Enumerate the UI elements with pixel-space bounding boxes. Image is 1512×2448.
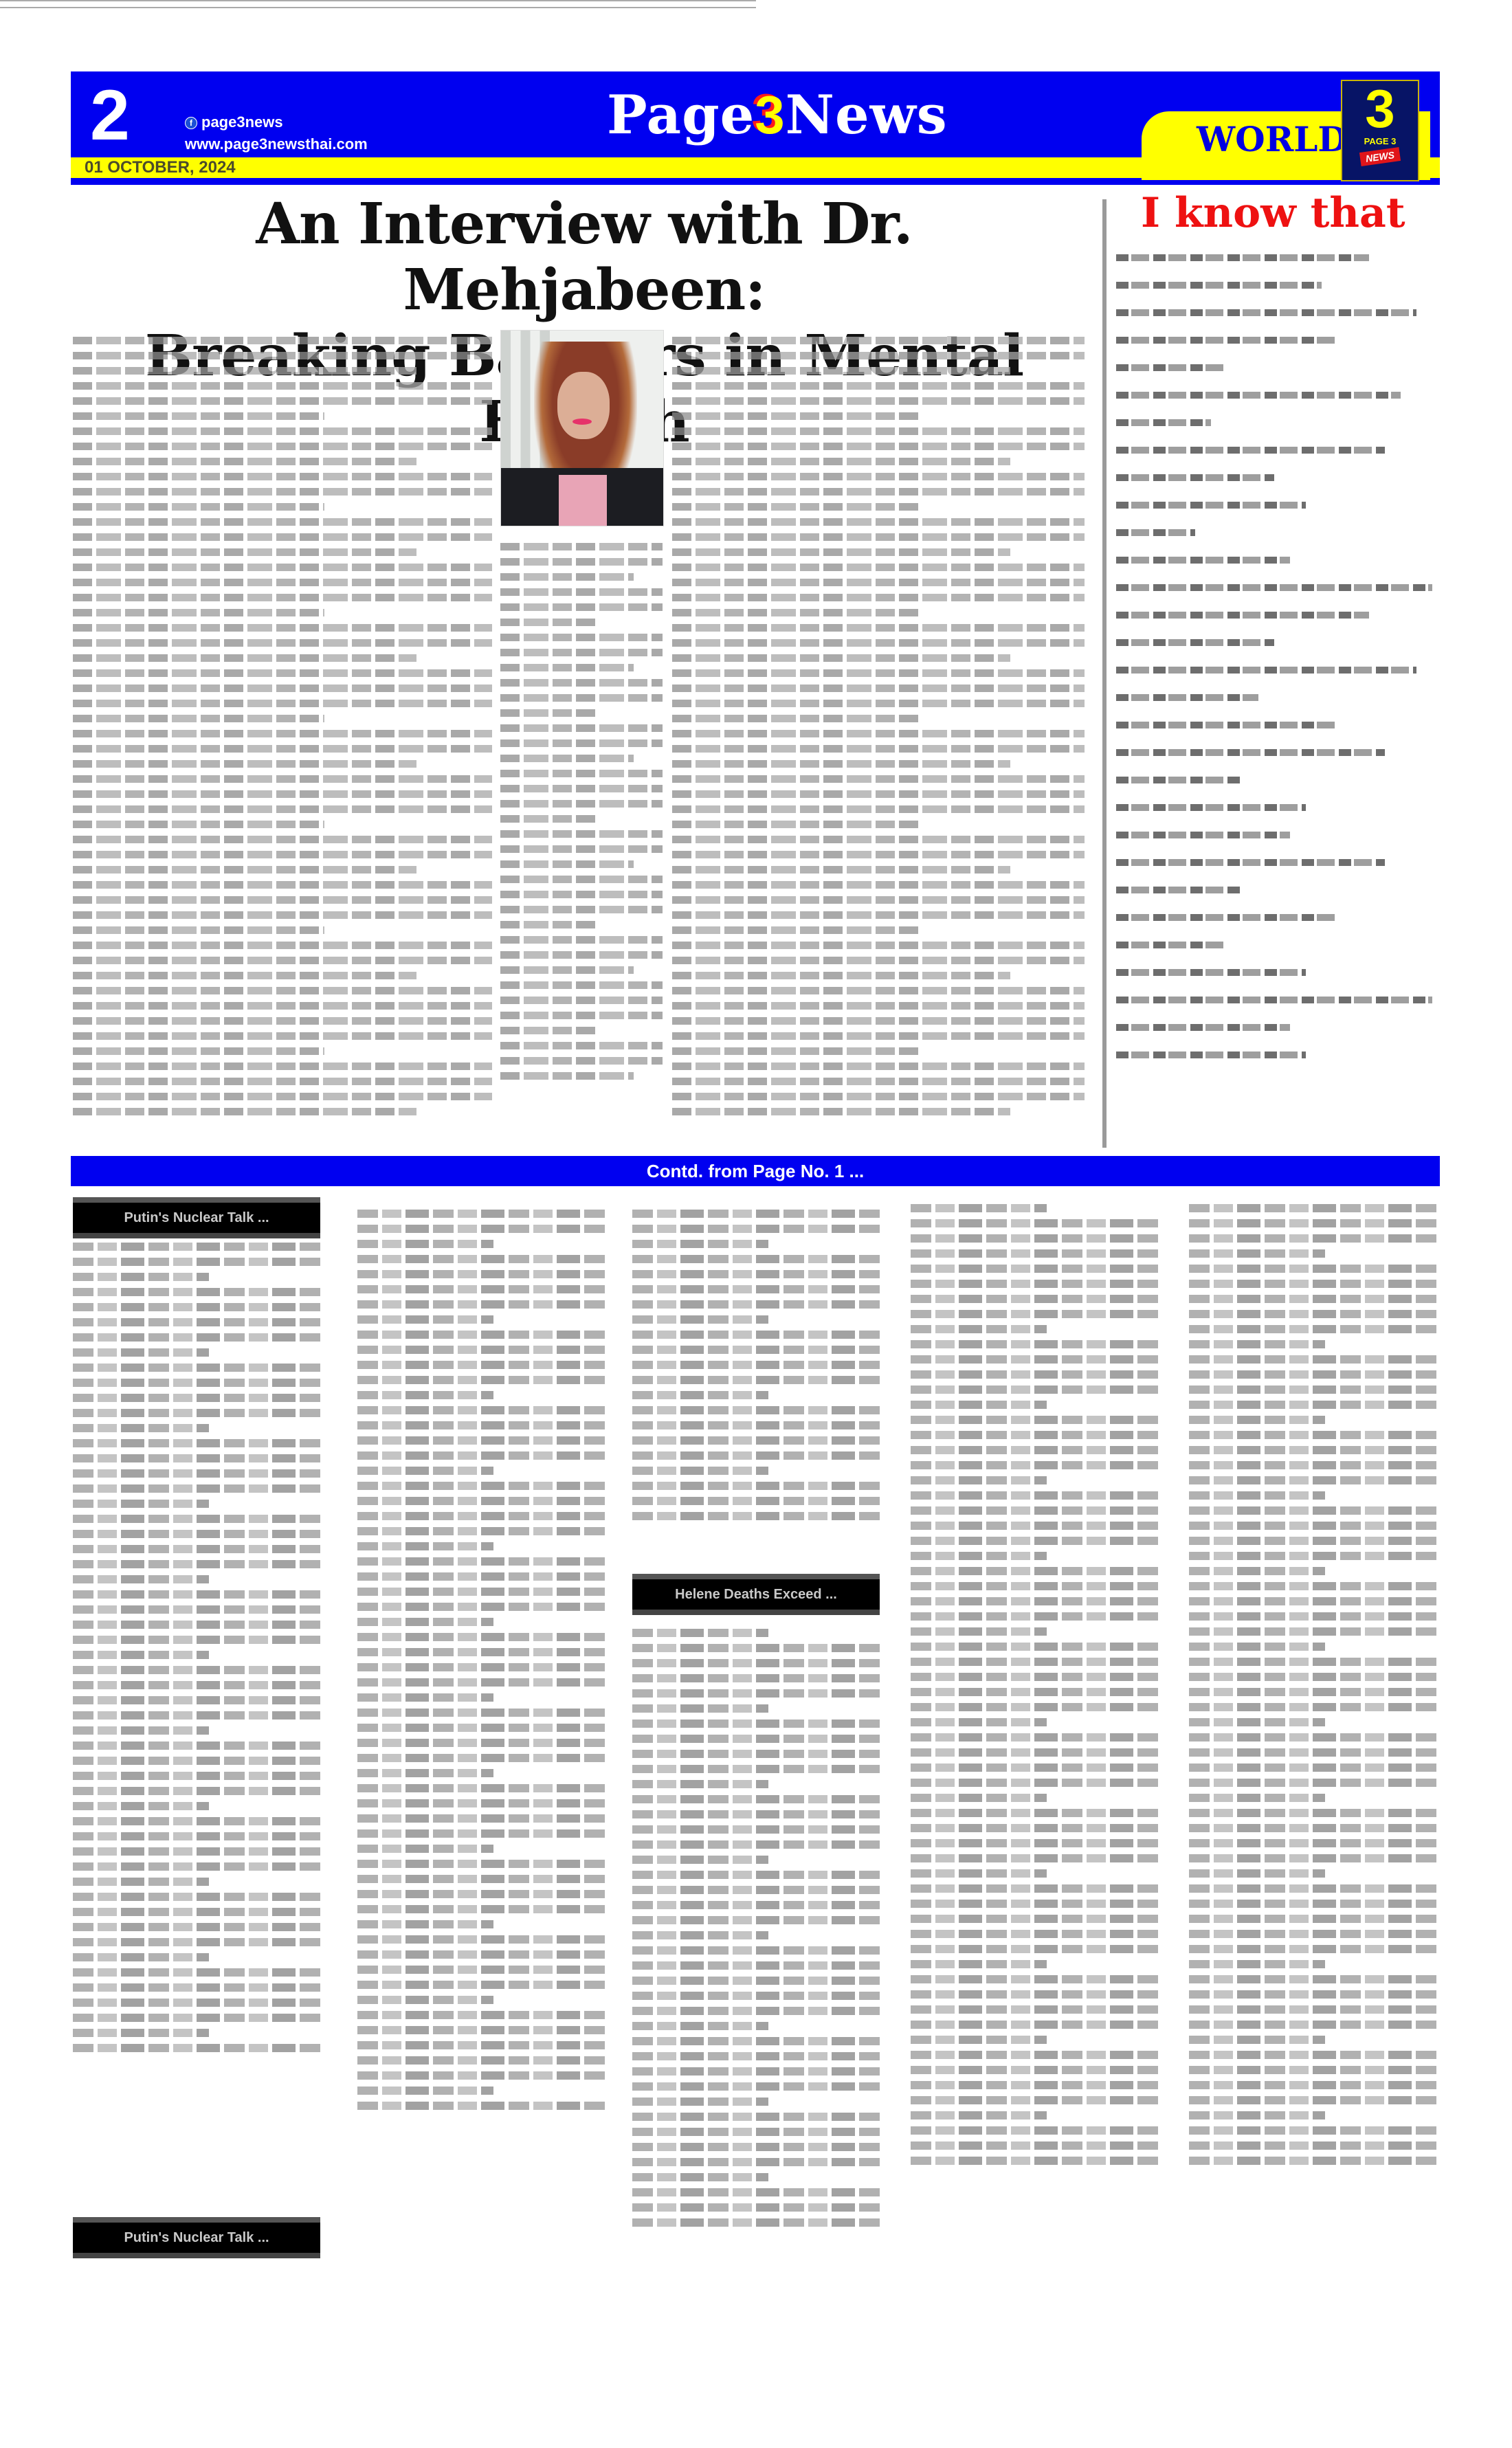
main-article-body-under-photo	[500, 543, 663, 1087]
author-photo	[500, 330, 664, 526]
main-article-body-left	[73, 337, 492, 1123]
photo-top	[559, 475, 607, 526]
page-frame	[0, 0, 756, 8]
photo-face	[557, 372, 610, 439]
lower-column-3b	[632, 1629, 880, 2234]
logo-prefix: Page	[607, 84, 755, 146]
masthead: 2 fpage3news www.page3newsthai.com 01 OC…	[71, 71, 1440, 186]
logo-suffix: News	[786, 84, 948, 146]
social-links: fpage3news www.page3newsthai.com	[185, 111, 368, 155]
section-label-box: Putin's Nuclear Talk ...	[73, 1197, 320, 1238]
photo-lips	[572, 419, 592, 425]
newspaper-logo: Page3News	[607, 84, 948, 146]
section-label: WORLD	[1197, 115, 1348, 164]
facebook-link[interactable]: fpage3news	[185, 111, 368, 133]
facebook-handle: page3news	[201, 113, 283, 131]
facebook-icon: f	[185, 117, 197, 129]
continued-from-page-banner: Contd. from Page No. 1 ...	[71, 1156, 1440, 1186]
sidebar-body	[1116, 254, 1432, 1079]
sidebar-title: I know that	[1141, 186, 1405, 241]
section-label-box: Helene Deaths Exceed ...	[632, 1574, 880, 1615]
badge-label: PAGE 3	[1342, 136, 1418, 147]
lower-column-1	[73, 1243, 320, 2059]
sidebar-divider	[1102, 199, 1107, 1148]
main-article-body-right	[672, 337, 1085, 1123]
logo-number: 3	[755, 85, 785, 145]
page-number: 2	[90, 74, 130, 157]
badge-tag: NEWS	[1359, 147, 1401, 166]
page3-badge-logo: 3 PAGE 3 NEWS	[1341, 80, 1419, 181]
headline-line-1: An Interview with Dr. Mehjabeen:	[89, 191, 1079, 323]
lower-column-2	[357, 1210, 605, 2117]
section-label-box: Putin's Nuclear Talk ...	[73, 2217, 320, 2258]
lower-column-4	[911, 1204, 1158, 2172]
issue-date: 01 OCTOBER, 2024	[85, 158, 236, 177]
lower-column-5	[1189, 1204, 1436, 2172]
website-link[interactable]: www.page3newsthai.com	[185, 133, 368, 155]
lower-column-3	[632, 1210, 880, 1527]
badge-number: 3	[1342, 81, 1418, 136]
